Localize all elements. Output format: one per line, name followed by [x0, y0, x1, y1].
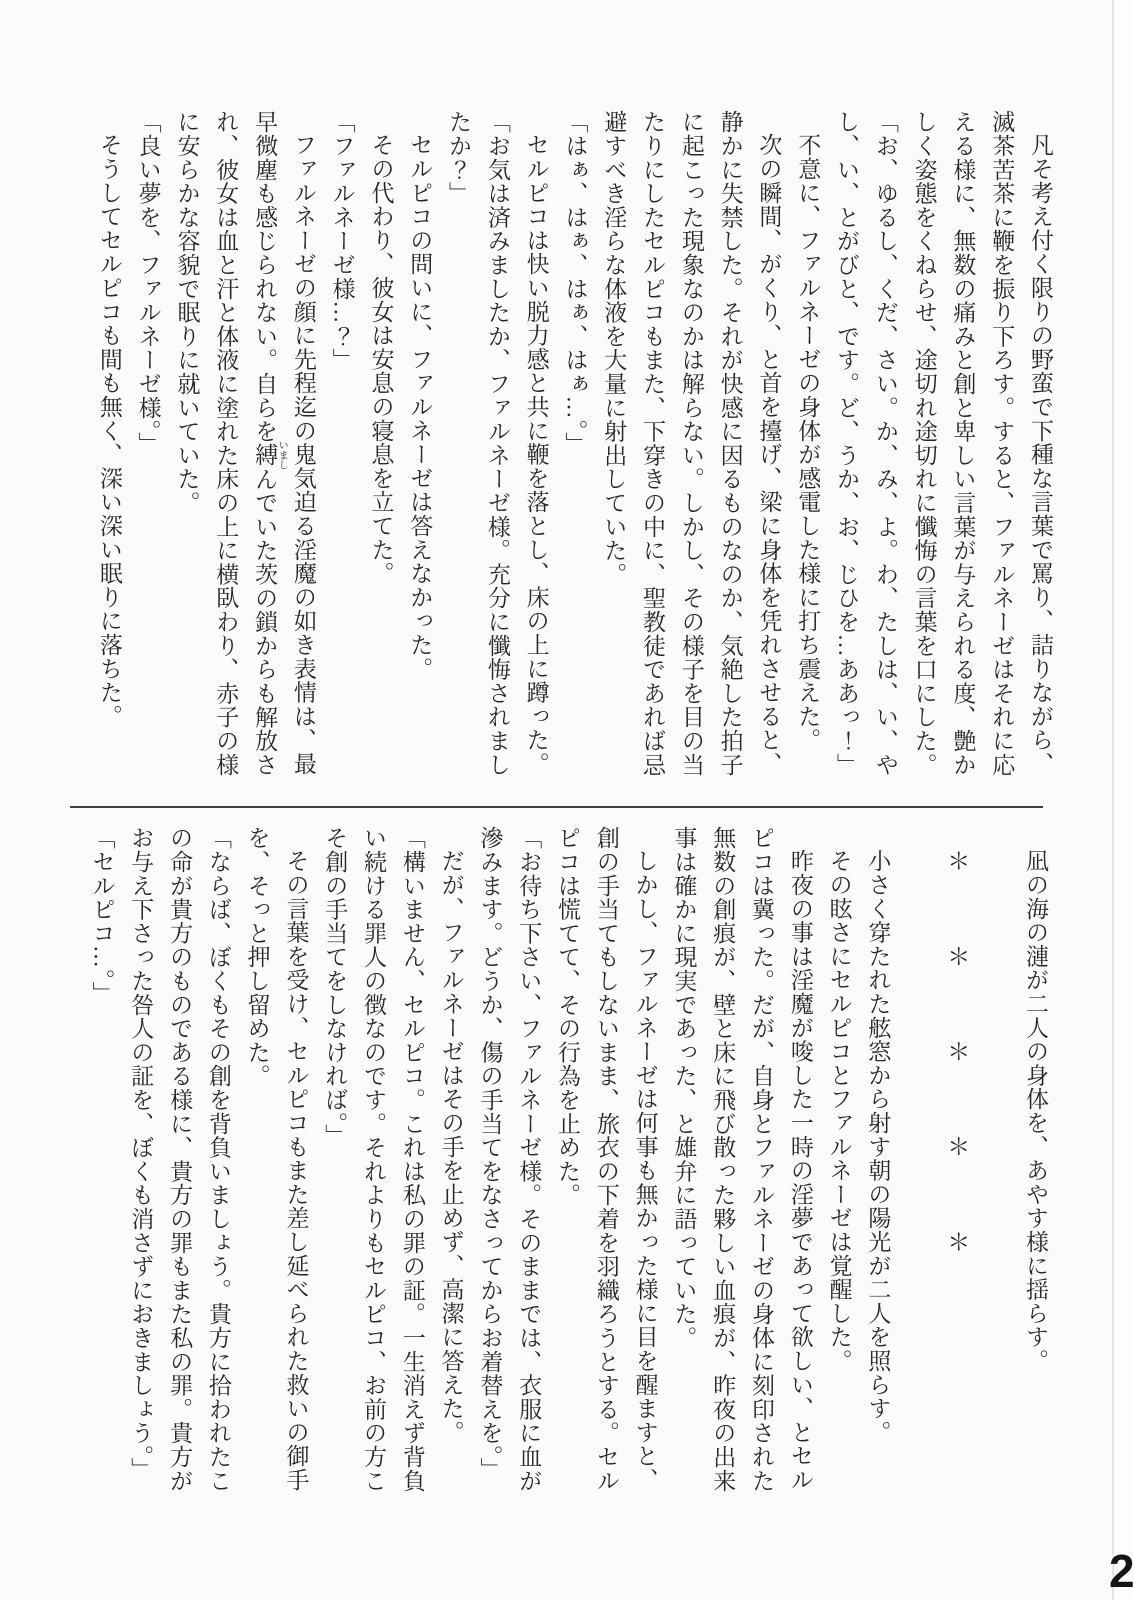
scene-break-asterisks: ＊ ＊ ＊ ＊ ＊: [936, 826, 975, 1498]
story-text-top-section: 凡そ考え付く限りの野蛮で下種な言葉で罵り、詰りながら、滅茶苦茶に鞭を振り下ろす。…: [89, 110, 1059, 782]
narrative-paragraph: だが、ファルネーゼはその手を止めず、高潔に答えた。: [431, 826, 470, 1498]
furigana-text: いまし: [276, 440, 287, 470]
narrative-paragraph: 次の瞬間、がくり、と首を擡げ、梁に身体を凭れさせると、静かに失禁した。それが快感…: [593, 110, 787, 782]
narrative-paragraph: セルピコは快い脱力感と共に鞭を落とし、床の上に蹲った。: [516, 110, 555, 782]
page-edge-strip: [1114, 0, 1133, 1600]
dialogue-paragraph: 「良い夢を、ファルネーゼ様。」: [128, 110, 167, 782]
dialogue-paragraph: 「ファルネーゼ様…？」: [322, 110, 361, 782]
dialogue-paragraph: 「お気は済みましたか、ファルネーゼ様。充分に懺悔されましたか？」: [438, 110, 516, 782]
narrative-paragraph-with-furigana: ファルネーゼの顔に先程迄の鬼気迫る淫魔の如き表情は、最早微塵も感じられない。自ら…: [167, 110, 322, 782]
narrative-paragraph: 凡そ考え付く限りの野蛮で下種な言葉で罵り、詰りながら、滅茶苦茶に鞭を振り下ろす。…: [904, 110, 1059, 782]
dialogue-paragraph: 「お待ち下さい、ファルネーゼ様。そのままでは、衣服に血が滲みます。どうか、傷の手…: [470, 826, 548, 1498]
narrative-paragraph: セルピコの問いに、ファルネーゼは答えなかった。: [399, 110, 438, 782]
dialogue-paragraph: 「構いません、セルピコ。これは私の罪の証。一生消えず背負い続ける罪人の徴なのです…: [314, 826, 430, 1498]
narrative-paragraph: そうしてセルピコも間も無く、深い深い眠りに落ちた。: [89, 110, 128, 782]
narrative-paragraph: しかし、ファルネーゼは何事も無かった様に目を醒ますと、創の手当てもしないまま、旅…: [547, 826, 663, 1498]
section-divider-line: [70, 806, 1043, 808]
dialogue-paragraph: 「ならば、ぼくもその創を背負いましょう。貴方に拾われたこの命が貴方のものである様…: [120, 826, 236, 1498]
narrative-paragraph: 小さく穿たれた舷窓から射す朝の陽光が二人を照らす。: [858, 826, 897, 1498]
ruby-base: 縛: [252, 440, 277, 470]
dialogue-paragraph: 「セルピコ…。」: [82, 826, 121, 1498]
page-number: 2: [1109, 1544, 1133, 1598]
narrative-paragraph: その言葉を受け、セルピコもまた差し延べられた救いの御手を、そっと押し留めた。: [237, 826, 315, 1498]
narrative-paragraph: 凪の海の漣が二人の身体を、あやす様に揺らす。: [1015, 826, 1054, 1498]
narrative-paragraph: その代わり、彼女は安息の寝息を立てた。: [361, 110, 400, 782]
scanned-novel-page: 凡そ考え付く限りの野蛮で下種な言葉で罵り、詰りながら、滅茶苦茶に鞭を振り下ろす。…: [0, 0, 1133, 1600]
page-edge-line: [1112, 0, 1114, 1600]
dialogue-paragraph: 「はぁ、はぁ、はぁ、はぁ…。」: [555, 110, 594, 782]
dialogue-paragraph: 「お、ゆるし、くだ、さい。か、み、よ。わ、たしは、い、やし、い、とがびと、です。…: [826, 110, 904, 782]
narrative-paragraph: 不意に、ファルネーゼの身体が感電した様に打ち震えた。: [787, 110, 826, 782]
story-text-bottom-section: 凪の海の漣が二人の身体を、あやす様に揺らす。 ＊ ＊ ＊ ＊ ＊ 小さく穿たれた…: [82, 826, 1054, 1498]
narrative-paragraph: その眩さにセルピコとファルネーゼは覚醒した。: [819, 826, 858, 1498]
narrative-paragraph: 昨夜の事は淫魔が唆した一時の淫夢であって欲しい、とセルピコは冀った。だが、自身と…: [664, 826, 819, 1498]
ruby-annotated-kanji: 縛いまし: [252, 443, 277, 467]
